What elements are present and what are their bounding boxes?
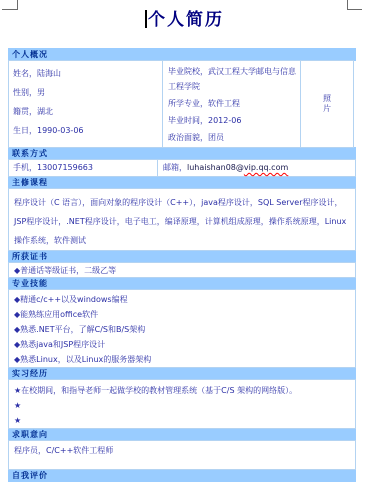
section-header-evaluation: 自我评价 — [8, 469, 356, 482]
field-graduation-label: 毕业时间 — [168, 116, 200, 125]
field-email-user: luhaishan08@ — [187, 163, 244, 172]
skill-item: ◆精通c/c++以及windows编程 — [14, 292, 350, 307]
field-graduation-value: 2012-06 — [208, 116, 241, 125]
field-native-place-label: 籍贯 — [13, 107, 29, 116]
internship-row: ★在校期间，和指导老师一起做学校的教材管理系统（基于C/S 架构的网络版）。 ★… — [8, 379, 356, 429]
field-gender-value: 男 — [37, 88, 45, 97]
separator: ， — [200, 99, 208, 108]
profile-right-cell: 毕业院校，武汉工程大学邮电与信息工程学院 所学专业，软件工程 毕业时间，2012… — [162, 60, 301, 148]
field-graduation: 毕业时间，2012-06 — [168, 113, 296, 128]
resume-table: 个人概况 姓名，陆海山 性别，男 籍贯，湖北 生日，1990-03-06 毕业院… — [8, 48, 356, 482]
certificates-list: ◆普通话等级证书，二级乙等 — [8, 262, 356, 278]
field-native-place: 籍贯，湖北 — [13, 102, 160, 121]
contact-row: 手机，13007159663 邮箱，luhaishan08@vip.qq.com — [8, 159, 356, 177]
separator: ， — [29, 126, 37, 135]
field-birthday: 生日，1990-03-06 — [13, 121, 160, 140]
field-major-label: 所学专业 — [168, 99, 200, 108]
field-political-status: 政治面貌，团员 — [168, 130, 296, 145]
photo-placeholder: 照片 — [300, 60, 354, 148]
separator: ， — [29, 107, 37, 116]
objective-text: 程序员，C/C++软件工程师 — [8, 440, 356, 470]
field-school-label: 毕业院校 — [168, 67, 200, 76]
separator: ， — [29, 88, 37, 97]
skills-list: ◆精通c/c++以及windows编程 ◆能熟练应用office软件 ◆熟悉.N… — [8, 289, 356, 368]
field-phone: 手机，13007159663 — [8, 159, 158, 177]
field-major: 所学专业，软件工程 — [168, 96, 296, 111]
courses-row: 程序设计（C 语言），面向对象的程序设计（C++），java程序设计，SQL S… — [8, 188, 356, 251]
field-email-label: 邮箱 — [163, 163, 179, 172]
field-phone-label: 手机 — [13, 163, 29, 172]
separator: ， — [29, 163, 37, 172]
photo-placeholder-label: 照片 — [322, 94, 332, 114]
field-school: 毕业院校，武汉工程大学邮电与信息工程学院 — [168, 64, 296, 94]
field-name: 姓名，陆海山 — [13, 64, 160, 83]
profile-left-cell: 姓名，陆海山 性别，男 籍贯，湖北 生日，1990-03-06 — [8, 60, 163, 148]
field-political-status-value: 团员 — [208, 133, 224, 142]
objective-row: 程序员，C/C++软件工程师 — [8, 440, 356, 470]
internship-list: ★在校期间，和指导老师一起做学校的教材管理系统（基于C/S 架构的网络版）。 ★… — [8, 379, 356, 429]
separator: ， — [200, 133, 208, 142]
field-name-label: 姓名 — [13, 69, 29, 78]
margin-mark-top-right — [347, 0, 362, 10]
courses-text: 程序设计（C 语言），面向对象的程序设计（C++），java程序设计，SQL S… — [8, 188, 356, 251]
field-email: 邮箱，luhaishan08@vip.qq.com — [157, 159, 356, 177]
skill-item: ◆熟悉java和JSP程序设计 — [14, 337, 350, 352]
profile-row: 姓名，陆海山 性别，男 籍贯，湖北 生日，1990-03-06 毕业院校，武汉工… — [8, 60, 356, 148]
margin-mark-top-left — [2, 0, 18, 10]
resume-page: { "page": { "title": "个人简历", "separator"… — [0, 0, 369, 487]
field-email-domain: vip.qq.com — [244, 163, 288, 172]
internship-item: ★ — [14, 398, 350, 413]
field-phone-value: 13007159663 — [37, 163, 93, 172]
internship-item: ★在校期间，和指导老师一起做学校的教材管理系统（基于C/S 架构的网络版）。 — [14, 383, 350, 398]
field-native-place-value: 湖北 — [37, 107, 53, 116]
field-birthday-value: 1990-03-06 — [37, 126, 84, 135]
separator: ， — [200, 67, 208, 76]
field-birthday-label: 生日 — [13, 126, 29, 135]
certificates-row: ◆普通话等级证书，二级乙等 — [8, 262, 356, 278]
field-political-status-label: 政治面貌 — [168, 133, 200, 142]
separator: ， — [29, 69, 37, 78]
field-gender: 性别，男 — [13, 83, 160, 102]
internship-item: ★ — [14, 413, 350, 428]
text-cursor — [145, 10, 147, 28]
separator: ， — [179, 163, 187, 172]
field-name-value: 陆海山 — [37, 69, 61, 78]
separator: ， — [200, 116, 208, 125]
document-title: 个人简历 — [0, 8, 369, 32]
skill-item: ◆熟悉Linux，以及Linux的服务器架构 — [14, 352, 350, 367]
skills-row: ◆精通c/c++以及windows编程 ◆能熟练应用office软件 ◆熟悉.N… — [8, 289, 356, 368]
skill-item: ◆熟悉.NET平台，了解C/S和B/S架构 — [14, 322, 350, 337]
skill-item: ◆能熟练应用office软件 — [14, 307, 350, 322]
document-title-text: 个人简历 — [148, 10, 224, 30]
field-gender-label: 性别 — [13, 88, 29, 97]
field-major-value: 软件工程 — [208, 99, 240, 108]
certificate-item: ◆普通话等级证书，二级乙等 — [14, 265, 350, 277]
